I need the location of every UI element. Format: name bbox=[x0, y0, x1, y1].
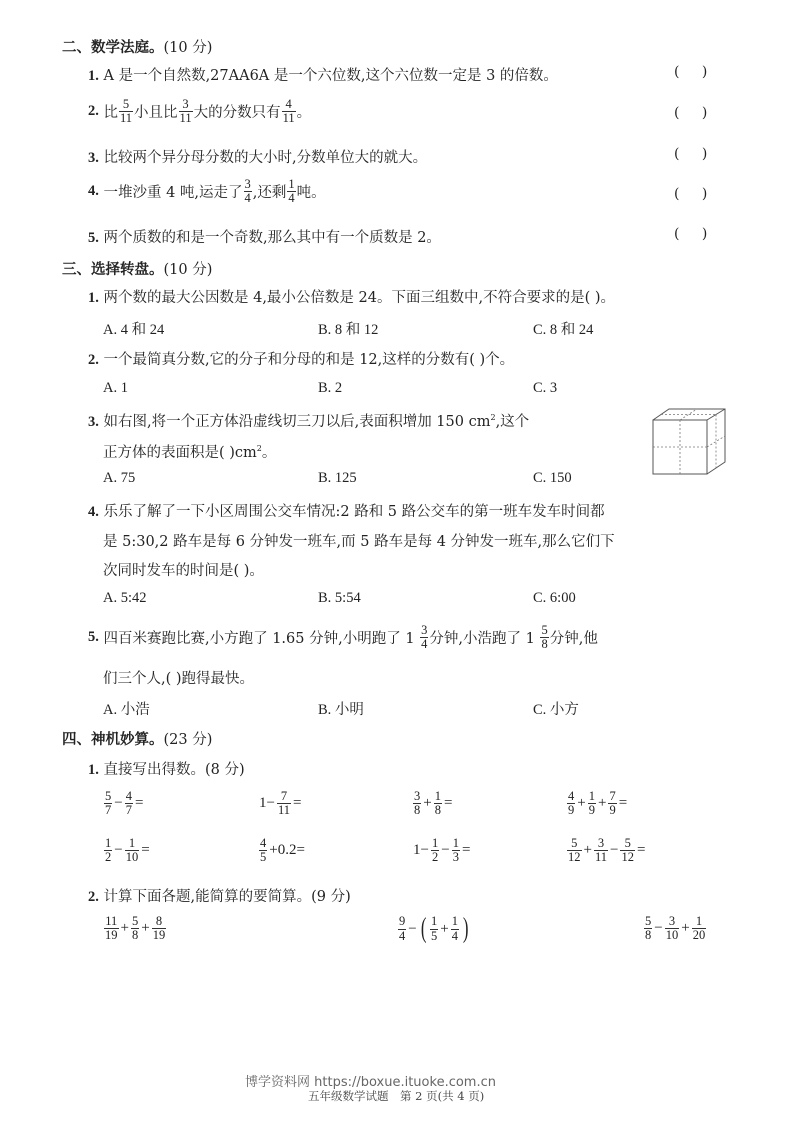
s2-question-1: 1. A 是一个自然数,27AA6A 是一个六位数,这个六位数一定是 3 的倍数… bbox=[88, 64, 558, 85]
oral-calc-expr: 512+311−512= bbox=[566, 837, 646, 864]
s3-question-2: 2. 一个最简真分数,它的分子和分母的和是 12,这样的分数有( )个。 bbox=[88, 348, 514, 369]
oral-calc-expr: 57−47= bbox=[103, 790, 144, 817]
operator: − bbox=[654, 920, 662, 937]
operator: − bbox=[408, 921, 416, 938]
s2-question-2: 2. 比 511 小且比 311 大的分数只有 411 。 bbox=[88, 98, 311, 125]
option-b[interactable]: B. 125 bbox=[318, 470, 357, 487]
section-points: (23 分) bbox=[164, 732, 213, 748]
question-number: 1. bbox=[88, 290, 99, 306]
fraction: 311 bbox=[179, 98, 193, 125]
text: 。 bbox=[297, 101, 312, 122]
s3-question-1: 1. 两个数的最大公因数是 4,最小公倍数是 24。下面三组数中,不符合要求的是… bbox=[88, 286, 615, 307]
answer-blank[interactable]: ( ) bbox=[674, 186, 707, 202]
section-title: 二、数学法庭。 bbox=[62, 40, 164, 56]
oral-calc-expr: 12−110= bbox=[103, 837, 151, 864]
fraction: 511 bbox=[119, 98, 133, 125]
fraction: 1119 bbox=[104, 915, 119, 942]
page-info: 五年级数学试题 第 2 页(共 4 页) bbox=[308, 1088, 484, 1104]
oral-calc-expr: 1−12−13= bbox=[412, 837, 471, 864]
operator: − bbox=[114, 795, 122, 812]
text: 乐乐了解了一下小区周围公交车情况:2 路和 5 路公交车的第一班车发车时间都 bbox=[103, 504, 604, 520]
operator: 1− bbox=[413, 842, 429, 859]
question-text: A 是一个自然数,27AA6A 是一个六位数,这个六位数一定是 3 的倍数。 bbox=[103, 68, 557, 84]
fraction: 19 bbox=[588, 790, 596, 817]
fraction: 34 bbox=[244, 178, 252, 205]
s2-question-4: 4. 一堆沙重 4 吨,运走了 34 ,还剩 14 吨。 bbox=[88, 178, 326, 205]
option-b[interactable]: B. 小明 bbox=[318, 698, 364, 719]
fraction: 18 bbox=[434, 790, 442, 817]
fraction: 15 bbox=[430, 915, 438, 942]
text: 。 bbox=[262, 445, 277, 461]
option-a[interactable]: A. 75 bbox=[103, 470, 135, 487]
operator: + bbox=[681, 920, 689, 937]
text: 正方体的表面积是( )cm bbox=[103, 445, 257, 461]
text: 吨。 bbox=[297, 181, 326, 202]
oral-calc-expr: 45+0.2= bbox=[258, 837, 306, 864]
fraction: 14 bbox=[287, 178, 295, 205]
question-text: 两个数的最大公因数是 4,最小公倍数是 24。下面三组数中,不符合要求的是( )… bbox=[103, 290, 615, 306]
question-text-line2: 们三个人,( )跑得最快。 bbox=[103, 667, 254, 688]
fraction: 45 bbox=[259, 837, 267, 864]
fraction: 57 bbox=[104, 790, 112, 817]
question-text-line3: 次同时发车的时间是( )。 bbox=[103, 559, 264, 580]
simplify-calc-expr: 94−(15+14) bbox=[397, 915, 471, 943]
s3-question-5: 5. 四百米赛跑比赛,小方跑了 1.65 分钟,小明跑了 1 34 分钟,小浩跑… bbox=[88, 624, 598, 651]
s4-part-1-heading: 1. 直接写出得数。(8 分) bbox=[88, 758, 245, 779]
question-text: 一个最简真分数,它的分子和分母的和是 12,这样的分数有( )个。 bbox=[103, 352, 514, 368]
s4-part-2-heading: 2. 计算下面各题,能简算的要简算。(9 分) bbox=[88, 885, 351, 906]
answer-blank[interactable]: ( ) bbox=[674, 226, 707, 242]
question-number: 3. bbox=[88, 150, 99, 166]
question-number: 2. bbox=[88, 889, 99, 905]
text: 小且比 bbox=[134, 101, 178, 122]
fraction: 58 bbox=[540, 624, 548, 651]
operator: − bbox=[114, 842, 122, 859]
oral-calc-expr: 1−711= bbox=[258, 790, 302, 817]
operator: − bbox=[610, 842, 618, 859]
option-a[interactable]: A. 1 bbox=[103, 380, 128, 397]
question-number: 4. bbox=[88, 183, 99, 200]
question-number: 1. bbox=[88, 762, 99, 778]
text: 如右图,将一个正方体沿虚线切三刀以后,表面积增加 150 cm bbox=[103, 414, 490, 430]
option-c[interactable]: C. 3 bbox=[533, 380, 557, 397]
operator: + bbox=[121, 920, 129, 937]
cube-diagram-icon bbox=[650, 406, 732, 478]
option-c[interactable]: C. 6:00 bbox=[533, 590, 576, 607]
section-title: 四、神机妙算。 bbox=[62, 732, 164, 748]
fraction: 58 bbox=[131, 915, 139, 942]
simplify-calc-expr: 1119+58+819 bbox=[103, 915, 167, 942]
fraction: 38 bbox=[413, 790, 421, 817]
fraction: 512 bbox=[567, 837, 582, 864]
question-number: 5. bbox=[88, 629, 99, 646]
text: 一堆沙重 4 吨,运走了 bbox=[103, 181, 242, 202]
operator: + bbox=[141, 920, 149, 937]
text: ,这个 bbox=[496, 414, 530, 430]
oral-calc-expr: 49+19+79= bbox=[566, 790, 628, 817]
operator: = bbox=[141, 842, 149, 859]
fraction: 47 bbox=[125, 790, 133, 817]
text: 分钟,他 bbox=[550, 627, 598, 648]
answer-blank[interactable]: ( ) bbox=[674, 64, 707, 80]
answer-blank[interactable]: ( ) bbox=[674, 105, 707, 121]
option-c[interactable]: C. 小方 bbox=[533, 698, 579, 719]
question-number: 4. bbox=[88, 504, 99, 520]
operator: = bbox=[619, 795, 627, 812]
text: 分钟,小浩跑了 1 bbox=[429, 627, 534, 648]
option-c[interactable]: C. 150 bbox=[533, 470, 572, 487]
operator: = bbox=[444, 795, 452, 812]
question-text: 两个质数的和是一个奇数,那么其中有一个质数是 2。 bbox=[103, 230, 440, 246]
parenthesis: ( bbox=[421, 915, 427, 943]
operator: = bbox=[462, 842, 470, 859]
fraction: 411 bbox=[282, 98, 296, 125]
operator: = bbox=[135, 795, 143, 812]
operator: + bbox=[423, 795, 431, 812]
option-a[interactable]: A. 4 和 24 bbox=[103, 318, 164, 339]
s3-question-3: 3. 如右图,将一个正方体沿虚线切三刀以后,表面积增加 150 cm2,这个 bbox=[88, 410, 529, 431]
answer-blank[interactable]: ( ) bbox=[674, 146, 707, 162]
section-points: (10 分) bbox=[164, 262, 213, 278]
text: ,还剩 bbox=[253, 181, 287, 202]
fraction: 310 bbox=[665, 915, 680, 942]
section-4-heading: 四、神机妙算。(23 分) bbox=[62, 728, 212, 749]
s3-question-4: 4. 乐乐了解了一下小区周围公交车情况:2 路和 5 路公交车的第一班车发车时间… bbox=[88, 500, 605, 521]
operator: + bbox=[440, 921, 448, 938]
s2-question-5: 5. 两个质数的和是一个奇数,那么其中有一个质数是 2。 bbox=[88, 226, 441, 247]
fraction: 12 bbox=[431, 837, 439, 864]
fraction: 711 bbox=[277, 790, 291, 817]
s3-question-3-line2: 正方体的表面积是( )cm2。 bbox=[103, 441, 276, 462]
fraction: 12 bbox=[104, 837, 112, 864]
question-number: 2. bbox=[88, 352, 99, 368]
s2-question-3: 3. 比较两个异分母分数的大小时,分数单位大的就大。 bbox=[88, 146, 427, 167]
fraction: 311 bbox=[594, 837, 608, 864]
fraction: 13 bbox=[452, 837, 460, 864]
fraction: 110 bbox=[125, 837, 140, 864]
operator: = bbox=[293, 795, 301, 812]
section-title: 三、选择转盘。 bbox=[62, 262, 164, 278]
text: 比 bbox=[103, 101, 118, 122]
question-number: 1. bbox=[88, 68, 99, 84]
fraction: 120 bbox=[692, 915, 707, 942]
operator: + bbox=[598, 795, 606, 812]
option-a[interactable]: A. 小浩 bbox=[103, 698, 150, 719]
fraction: 34 bbox=[420, 624, 428, 651]
question-number: 3. bbox=[88, 414, 99, 430]
fraction: 94 bbox=[398, 915, 406, 942]
fraction: 58 bbox=[644, 915, 652, 942]
question-number: 5. bbox=[88, 230, 99, 246]
question-text: 直接写出得数。(8 分) bbox=[103, 762, 244, 778]
operator: = bbox=[637, 842, 645, 859]
text: 大的分数只有 bbox=[194, 101, 281, 122]
question-text-line2: 是 5:30,2 路车是每 6 分钟发一班车,而 5 路车是每 4 分钟发一班车… bbox=[103, 530, 615, 551]
operator: +0.2= bbox=[269, 842, 305, 859]
fraction: 512 bbox=[620, 837, 635, 864]
operator: + bbox=[577, 795, 585, 812]
text: 四百米赛跑比赛,小方跑了 1.65 分钟,小明跑了 1 bbox=[103, 627, 414, 648]
option-b[interactable]: B. 5:54 bbox=[318, 590, 361, 607]
fraction: 14 bbox=[451, 915, 459, 942]
oral-calc-expr: 38+18= bbox=[412, 790, 453, 817]
simplify-calc-expr: 58−310+120 bbox=[643, 915, 707, 942]
option-b[interactable]: B. 8 和 12 bbox=[318, 318, 378, 339]
fraction: 49 bbox=[567, 790, 575, 817]
operator: 1− bbox=[259, 795, 275, 812]
parenthesis: ) bbox=[463, 915, 469, 943]
operator: + bbox=[584, 842, 592, 859]
question-number: 2. bbox=[88, 103, 99, 120]
section-2-heading: 二、数学法庭。(10 分) bbox=[62, 36, 212, 57]
option-c[interactable]: C. 8 和 24 bbox=[533, 318, 593, 339]
fraction: 79 bbox=[608, 790, 616, 817]
section-points: (10 分) bbox=[164, 40, 213, 56]
fraction: 819 bbox=[152, 915, 167, 942]
section-3-heading: 三、选择转盘。(10 分) bbox=[62, 258, 212, 279]
question-text: 比较两个异分母分数的大小时,分数单位大的就大。 bbox=[103, 150, 427, 166]
option-b[interactable]: B. 2 bbox=[318, 380, 342, 397]
operator: − bbox=[441, 842, 449, 859]
option-a[interactable]: A. 5:42 bbox=[103, 590, 147, 607]
question-text: 计算下面各题,能简算的要简算。(9 分) bbox=[103, 889, 350, 905]
